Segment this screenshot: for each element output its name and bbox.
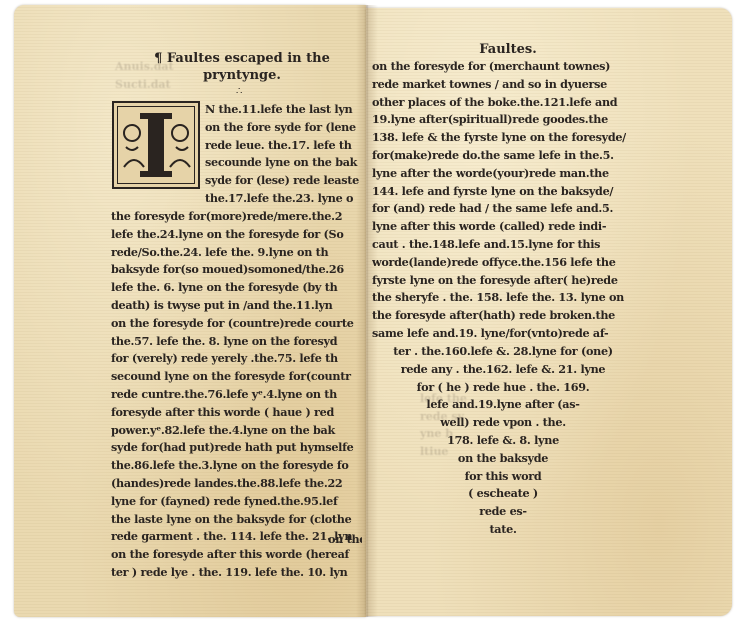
text-line: 144. lefe and fyrste lyne on the baksyde… (372, 183, 626, 201)
text-line: rede garment . the. 114. lefe the. 21. l… (111, 528, 354, 546)
decorated-initial (112, 101, 200, 189)
text-line: on the foresyde for (merchaunt townes) (372, 58, 626, 76)
title-line-2: pryntynge. (142, 67, 342, 84)
text-line: caut . the.148.lefe and.15.lyne for this (372, 236, 626, 254)
text-line: lefe the. 6. lyne on the foresyde (by th (111, 279, 354, 297)
initial-ornament-icon (118, 107, 196, 185)
text-line: rede any . the.162. lefe &. 21. lyne (372, 361, 634, 379)
text-line: the laste lyne on the baksyde for (cloth… (111, 511, 354, 529)
left-page-content: ¶ Faultes escaped in the pryntynge. ∴ N … (0, 0, 362, 629)
left-page-body: the foresyde for(more)rede/mere.the.2 le… (111, 208, 354, 582)
text-line: ter ) rede lye . the. 119. lefe the. 10.… (111, 564, 354, 582)
text-line: on the foresyde after this worde (hereaf (111, 546, 354, 564)
text-line: lyne after the worde(your)rede man.the (372, 165, 626, 183)
text-line: the foresyde for(more)rede/mere.the.2 (111, 208, 354, 226)
text-line: on the foresyde for (countre)rede courte (111, 315, 354, 333)
text-line: the foresyde after(hath) rede broken.the (372, 307, 626, 325)
text-line: power.yᵉ.82.lefe the.4.lyne on the bak (111, 422, 354, 440)
text-line: the.57. lefe the. 8. lyne on the foresyd (111, 333, 354, 351)
initial-adjacent-lines: N the.11.lefe the last lyn on the fore s… (205, 101, 359, 208)
text-line: ter . the.160.lefe &. 28.lyne for (one) (372, 343, 634, 361)
end-ornament: ∴ (492, 490, 500, 501)
text-line: lyne after this worde (called) rede indi… (372, 218, 626, 236)
right-page-title: Faultes. (458, 42, 558, 57)
text-line: worde(lande)rede offyce.the.156 lefe the (372, 254, 626, 272)
text-line: lyne for (fayned) rede fyned.the.95.lef (111, 493, 354, 511)
text-line: syde for (lese) rede leaste (205, 172, 359, 190)
text-line: death) is twyse put in /and the.11.lyn (111, 297, 354, 315)
text-line: for this word (372, 468, 634, 486)
text-line: rede cuntre.the.76.lefe yᵉ.4.lyne on th (111, 386, 354, 404)
text-line: (handes)rede landes.the.88.lefe the.22 (111, 475, 354, 493)
text-line: the sheryfe . the. 158. lefe the. 13. ly… (372, 289, 626, 307)
text-line: ( escheate ) (372, 485, 634, 503)
text-line: 178. lefe &. 8. lyne (372, 432, 634, 450)
text-line: N the.11.lefe the last lyn (205, 101, 359, 119)
text-line: on the fore syde for (lene (205, 119, 359, 137)
text-line: baksyde for(so moued)somoned/the.26 (111, 261, 354, 279)
text-line: for ( he ) rede hue . the. 169. (372, 379, 634, 397)
text-line: foresyde after this worde ( haue ) red (111, 404, 354, 422)
text-line: 19.lyne after(spirituall)rede goodes.the (372, 111, 626, 129)
text-line: other places of the boke.the.121.lefe an… (372, 94, 626, 112)
left-page-title: ¶ Faultes escaped in the pryntynge. (142, 50, 342, 84)
right-page-tapered-body: ter . the.160.lefe &. 28.lyne for (one) … (372, 343, 634, 539)
right-page-body: on the foresyde for (merchaunt townes) r… (372, 58, 626, 343)
text-line: secounde lyne on the bak (205, 154, 359, 172)
text-line: 138. lefe & the fyrste lyne on the fores… (372, 129, 626, 147)
text-line: well) rede vpon . the. (372, 414, 634, 432)
open-book: Anuis.dat Sucti.dat lefe the rede sy yne… (0, 0, 742, 629)
text-line: for(make)rede do.the same lefe in the.5. (372, 147, 626, 165)
text-line: the.17.lefe the.23. lyne o (205, 190, 359, 208)
text-line: the.86.lefe the.3.lyne on the foresyde f… (111, 457, 354, 475)
text-line: rede/So.the.24. lefe the. 9.lyne on th (111, 244, 354, 262)
text-line: lefe the.24.lyne on the foresyde for (So (111, 226, 354, 244)
text-line: rede es- (372, 503, 634, 521)
text-line: on the baksyde (372, 450, 634, 468)
text-line: tate. (372, 521, 634, 539)
title-line-1: ¶ Faultes escaped in the (142, 50, 342, 67)
text-line: fyrste lyne on the foresyde after( he)re… (372, 272, 626, 290)
text-line: lefe and.19.lyne after (as- (372, 396, 634, 414)
text-line: same lefe and.19. lyne/for(vnto)rede af- (372, 325, 626, 343)
text-line: for (verely) rede yerely .the.75. lefe t… (111, 350, 354, 368)
catchword: on the (328, 531, 362, 549)
text-line: rede market townes / and so in dyuerse (372, 76, 626, 94)
text-line: secound lyne on the foresyde for(countr (111, 368, 354, 386)
title-ornament: ∴ (236, 86, 244, 97)
text-line: rede leue. the.17. lefe th (205, 137, 359, 155)
text-line: syde for(had put)rede hath put hymselfe (111, 439, 354, 457)
text-line: for (and) rede had / the same lefe and.5… (372, 200, 626, 218)
initial-frame (117, 106, 195, 184)
